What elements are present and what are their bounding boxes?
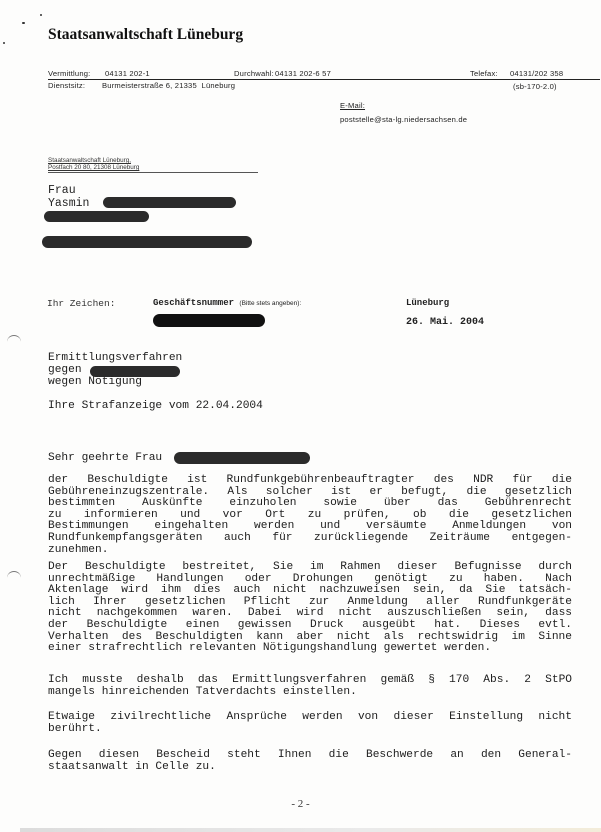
letter-page: Staatsanwaltschaft Lüneburg Vermittlung:… [0, 0, 601, 832]
header-rule [48, 79, 600, 80]
case-number-label: Geschäftsnummer (Bitte stets angeben): [153, 298, 301, 308]
redacted-city [42, 236, 252, 248]
scan-speck [22, 22, 25, 24]
switchboard-label: Vermittlung: [48, 69, 91, 78]
paragraph-line: Rundfunkempfangsgeräten auch für zurückl… [48, 533, 572, 545]
paragraph-line: der Beschuldigte ist Rundfunkgebührenbea… [48, 475, 572, 487]
recipient-salutation: Frau [48, 184, 76, 197]
redacted-greeting-name [174, 452, 310, 464]
scan-bottom-edge [20, 828, 601, 832]
scan-speck [40, 14, 42, 16]
greeting: Sehr geehrte Frau [48, 453, 162, 465]
redacted-surname [103, 197, 236, 208]
your-reference-label: Ihr Zeichen: [47, 298, 115, 309]
recipient-first-name: Yasmin [48, 197, 89, 210]
direct-dial-label: Durchwahl: [234, 69, 274, 78]
subject-offence: wegen Nötigung [48, 377, 142, 389]
email-label: E-Mail: [340, 101, 365, 110]
paragraph-findings: Der Beschuldigte bestreitet, Sie im Rahm… [48, 562, 572, 655]
email-address[interactable]: poststelle@sta-lg.niedersachsen.de [340, 115, 467, 124]
authority-title: Staatsanwaltschaft Lüneburg [48, 26, 243, 44]
office-label: Dienstsitz: [48, 81, 85, 90]
paragraph-authority: der Beschuldigte ist Rundfunkgebührenbea… [48, 475, 572, 556]
paragraph-line: mangels hinreichenden Tatverdachts einst… [48, 687, 572, 699]
fax-number: 04131/202 358 [510, 69, 563, 78]
hole-punch-mark [7, 335, 21, 342]
form-code: (sb-170-2.0) [513, 82, 557, 91]
return-address-line2: Postfach 20 80, 21308 Lüneburg [48, 164, 139, 171]
paragraph-line: staatsanwalt in Celle zu. [48, 762, 572, 774]
office-address: Burmeisterstraße 6, 21335 Lüneburg [102, 81, 235, 90]
paragraph-dismissal: Ich musste deshalb das Ermittlungsverfah… [48, 675, 572, 698]
paragraph-appeal: Gegen diesen Bescheid steht Ihnen die Be… [48, 750, 572, 773]
case-number-label-text: Geschäftsnummer [153, 298, 234, 308]
page-number: - 2 - [0, 798, 601, 810]
paragraph-line: Gegen diesen Bescheid steht Ihnen die Be… [48, 750, 572, 762]
paragraph-line: der Beschuldigte einen gewissen Druck au… [48, 620, 572, 632]
letter-date: 26. Mai. 2004 [406, 317, 484, 328]
case-number-hint: (Bitte stets angeben): [239, 300, 301, 307]
redacted-case-number [153, 314, 265, 327]
redacted-street [44, 211, 149, 222]
scan-speck [3, 42, 5, 44]
subject-procedure: Ermittlungsverfahren [48, 353, 182, 365]
switchboard-number: 04131 202-1 [105, 69, 150, 78]
fold-mark [7, 571, 21, 578]
paragraph-civil-claims: Etwaige zivilrechtliche Ansprüche werden… [48, 712, 572, 735]
subject-against-label: gegen [48, 365, 82, 377]
subject-complaint-date: Ihre Strafanzeige vom 22.04.2004 [48, 401, 263, 413]
return-address-line1: Staatsanwaltschaft Lüneburg, [48, 157, 131, 164]
paragraph-line: zunehmen. [48, 545, 572, 557]
fax-label: Telefax: [470, 69, 498, 78]
paragraph-line: berührt. [48, 724, 572, 736]
paragraph-line: Etwaige zivilrechtliche Ansprüche werden… [48, 712, 572, 724]
return-address-rule [48, 172, 258, 173]
letter-place: Lüneburg [406, 298, 449, 308]
direct-dial-number: 04131 202-6 57 [275, 69, 331, 78]
paragraph-line: Ich musste deshalb das Ermittlungsverfah… [48, 675, 572, 687]
paragraph-line: Der Beschuldigte bestreitet, Sie im Rahm… [48, 562, 572, 574]
paragraph-line: einer strafrechtlich relevanten Nötigung… [48, 643, 572, 655]
